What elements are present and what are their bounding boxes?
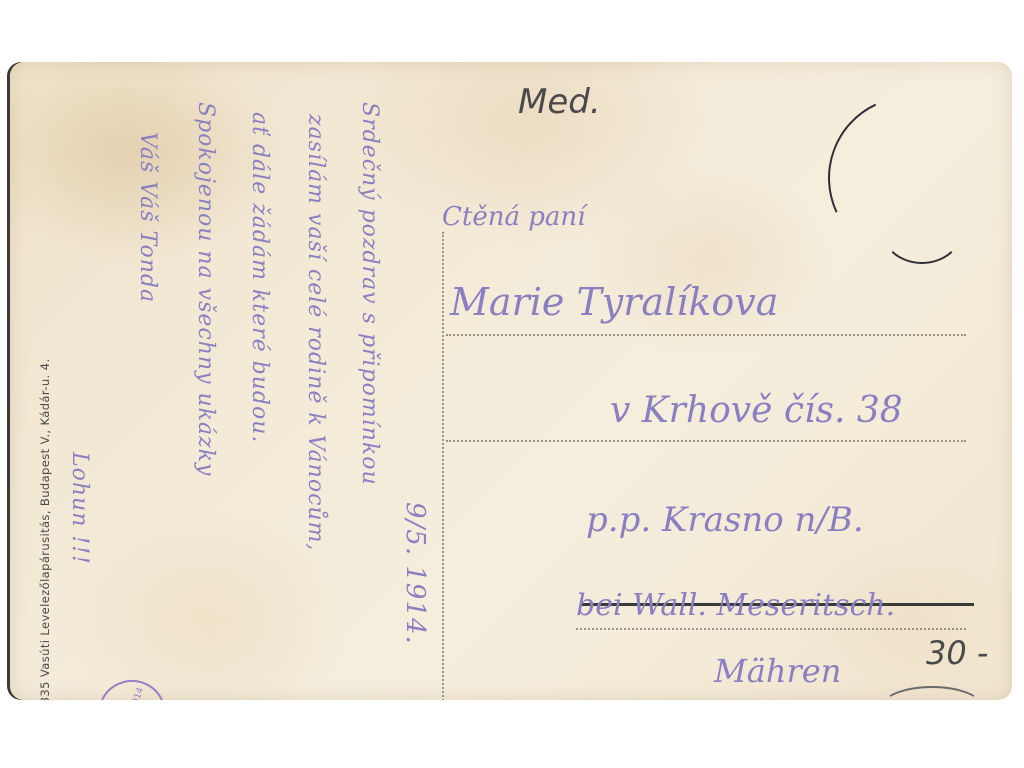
address-line <box>576 628 966 630</box>
postmark-arc-icon <box>880 686 984 700</box>
violet-stamp: L.A.P. / 1914 <box>88 670 175 700</box>
address-line <box>446 440 966 442</box>
message-line: zasílám vaší celé rodině k Vánocům, <box>303 114 328 551</box>
address-name: Marie Tyralíkova <box>450 280 778 324</box>
address-line <box>446 334 966 336</box>
address-salutation: Ctěná paní <box>442 202 585 232</box>
message-line: Spokojenou na všechny ukázky <box>193 102 218 476</box>
divider-line <box>442 232 444 700</box>
address-region: Mähren <box>714 652 841 690</box>
pencil-note-price: 30 - <box>926 634 988 672</box>
message-line: ať dále žádám které budou. <box>247 112 272 443</box>
printer-imprint: 4335 Vasúti Levelezőlapárusitás, Budapes… <box>38 359 52 700</box>
pencil-note-top: Med. <box>518 82 601 122</box>
postcard: 4335 Vasúti Levelezőlapárusitás, Budapes… <box>10 62 1012 700</box>
address-post-struck: p.p. Krasno n/B. <box>586 500 864 540</box>
address-district: bei Wall. Meseritsch. <box>576 588 895 623</box>
message-date: 9/5. 1914. <box>400 502 430 645</box>
message-signature: Lohun !!! <box>67 452 92 565</box>
message-line: Váš Váš Tonda <box>135 132 160 303</box>
message-line: Srdečný pozdrav s připomínkou <box>357 102 382 486</box>
postmark-arc-icon <box>880 190 964 264</box>
address-street: v Krhově čís. 38 <box>610 390 903 431</box>
